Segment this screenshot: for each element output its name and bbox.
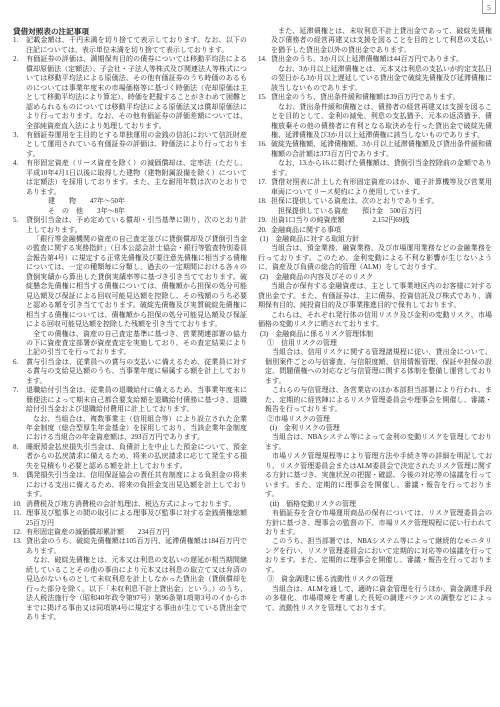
paragraph-text: 記載金額は、千円未満を切り捨てて表示しております。なお、以下の注記については、表… [26, 36, 247, 53]
note-paragraph: 19.出資1口当りの純資産額 2,152円69銭 [258, 216, 492, 225]
paragraph-text: なお、3か月以上延滞債権とは、元本又は利息の支払いが約定支払日の翌日から3か月以… [271, 65, 492, 92]
note-paragraph: 全ての債権は、資産の自己査定基準に基づき、営業関連部署の協力の下に資産査定部署が… [13, 330, 247, 358]
paragraph-text: 全ての債権は、資産の自己査定基準に基づき、営業関連部署の協力の下に資産査定部署が… [26, 330, 247, 357]
note-paragraph: 6.賞与引当金は、従業員への賞与の支払いに備えるため、従業員に対する賞与の支給見… [13, 358, 247, 386]
paragraph-text: 偶発損失引当金は、信用保証協会の責任共有制度による負担金の将来における支出に備え… [26, 471, 247, 498]
note-paragraph: 「銀行等金融機関の資産の自己査定並びに貸倒償却及び貸倒引当金の監査に関する実務指… [13, 235, 247, 330]
item-number: 13. [13, 537, 26, 546]
note-paragraph: 1.記載金額は、千円未満を切り捨てて表示しております。なお、以下の注記については… [13, 36, 247, 55]
item-number: 15. [258, 93, 271, 102]
paragraph-text: 退職給付引当金は、従業員の退職給付に備えるため、当事業年度末に簡便法によって期末… [26, 386, 247, 413]
item-number: 14. [258, 55, 271, 64]
paragraph-text: 「銀行等金融機関の資産の自己査定並びに貸倒償却及び貸倒引当金の監査に関する実務指… [26, 235, 247, 328]
paragraph-text: 金融商品に関する事項 [271, 226, 341, 234]
note-paragraph: 18.担保に提供している資産は、次のとおりであります。 [258, 197, 492, 206]
note-paragraph: 10.消費税及び地方消費税の会計処理は、税込方式によっております。 [13, 500, 247, 509]
paragraph-text: 消費税及び地方消費税の会計処理は、税込方式によっております。 [26, 500, 235, 508]
paragraph-text: 賞与引当金は、従業員への賞与の支払いに備えるため、従業員に対する賞与の支給見込額… [26, 358, 247, 385]
paragraph-text: なお、破綻先債権とは、元本又は利息の支払いの遅延が相当期間継続していることその他… [26, 556, 247, 621]
left-column: 貸借対照表の注記事項 1.記載金額は、千円未満を切り捨てて表示しております。なお… [13, 27, 247, 623]
paragraph-text: 当組合は、信用リスクに関する管理諸規程に従い、貸出金について、個別案件ごとの与信… [265, 348, 492, 384]
paragraph-text: 貸借対照表に計上した有形固定資産のほか、電子計算機等及び営業用車両についてリース… [271, 178, 492, 195]
note-paragraph: 15.貸出金のうち、貸出条件緩和債権額は39百万円であります。 [258, 93, 492, 102]
note-paragraph: 13.貸出金のうち、破綻先債権額は105百万円、延滞債権額は184百万円でありま… [13, 537, 247, 556]
item-number: 18. [258, 197, 271, 206]
note-paragraph: なお、3か月以上延滞債権とは、元本又は利息の支払いが約定支払日の翌日から3か月以… [258, 65, 492, 93]
paragraph-text: 有形固定資産の減価償却累計額 234百万円 [26, 528, 170, 536]
note-paragraph: 8.睡眠預金払戻損失引当金は、負債計上を中止した預金について、預金者からの払戻請… [13, 443, 247, 471]
paragraph-text: これらは、それぞれ発行体の信用リスク及び金利の変動リスク、市場価格の変動リスクに… [258, 311, 492, 328]
note-paragraph: 市場リスク管理規程等により管理方法や手続き等の詳細を明記しており、リスク管理委員… [258, 452, 492, 499]
paragraph-text: なお、貸出条件緩和債権とは、債務者の経営再建又は支援を図ることを目的として、金利… [271, 103, 492, 139]
note-paragraph: これらの与信管理は、各営業店のほか本部担当部署により行われ、また、定期的に経営陣… [258, 386, 492, 414]
item-number: 2. [13, 55, 26, 64]
paragraph-text: そ の 他 3年～8年 [48, 207, 125, 215]
note-paragraph: 20.金融商品に関する事項 [258, 226, 492, 235]
note-paragraph: なお、当組合は、複数事業主（信用組合等）により設立された企業年金制度（総合型厚生… [13, 415, 247, 443]
paragraph-text: ②市場リスクの管理 [267, 415, 330, 423]
note-paragraph: なお、13.から16.に掲げた債権額は、貸倒引当金控除前の金額であります。 [258, 159, 492, 178]
item-number: 8. [13, 443, 26, 452]
note-paragraph: 当組合は、預金業務、融資業務、及び市場運用業務などの金融業務を行っております。こ… [258, 244, 492, 272]
paragraph-text: このうち、担当部署では、NBAシステム等によって継続的なモニタリングを行い、リス… [265, 537, 492, 573]
note-paragraph: そ の 他 3年～8年 [13, 207, 247, 216]
note-paragraph: 有価証券を含む市場運用商品の保有については、リスク管理委員会の方針に基づき、理事… [258, 509, 492, 537]
note-paragraph: (3) 金融商品に係るリスク管理体制 [258, 330, 492, 339]
paragraph-text: 貸出金のうち、3か月以上延滞債権額は44百万円であります。 [271, 55, 463, 63]
item-number: 4. [13, 159, 26, 168]
paragraph-text: (1) 金融商品に対する取組方針 [260, 235, 359, 243]
paragraph-text: ③ 資金調達に係る流動性リスクの管理 [267, 575, 393, 583]
note-paragraph: ②市場リスクの管理 [258, 415, 492, 424]
note-paragraph: ① 信用リスクの管理 [258, 339, 492, 348]
note-paragraph: これらは、それぞれ発行体の信用リスク及び金利の変動リスク、市場価格の変動リスクに… [258, 311, 492, 330]
item-number: 11. [13, 509, 26, 518]
paragraph-text: 当組合は、NBAシステム等によって金利の変動リスクを管理しております。 [265, 433, 492, 450]
paragraph-text: 有形固定資産（リース資産を除く）の減価償却は、定率法（ただし、平成10年4月1日… [26, 159, 247, 195]
paragraph-text: 当組合は、預金業務、融資業務、及び市場運用業務などの金融業務を行っております。こ… [258, 244, 492, 271]
item-number: 19. [258, 216, 271, 225]
note-paragraph: 4.有形固定資産（リース資産を除く）の減価償却は、定率法（ただし、平成10年4月… [13, 159, 247, 197]
item-number: 3. [13, 131, 26, 140]
paragraph-text: 当組合は、ALMを通して、適時に資金管理を行うほか、資金調達手段の多様化、市場環… [265, 585, 492, 612]
item-number: 5. [13, 216, 26, 225]
paragraph-text: (ⅱ) 価格変動リスクの管理 [270, 500, 356, 508]
note-paragraph: 当組合は、NBAシステム等によって金利の変動リスクを管理しております。 [258, 433, 492, 452]
paragraph-text: 担保提供している資産 預け金 500百万円 [278, 207, 422, 215]
note-paragraph: 当組合が保有する金融資産は、主として事業地区内のお客様に対する貸出金です。また、… [258, 282, 492, 310]
note-paragraph: (1) 金融商品に対する取組方針 [258, 235, 492, 244]
item-number: 16. [258, 140, 271, 149]
paragraph-text: なお、当組合は、複数事業主（信用組合等）により設立された企業年金制度（総合型厚生… [26, 415, 247, 442]
note-paragraph: 14.貸出金のうち、3か月以上延滞債権額は44百万円であります。 [258, 55, 492, 64]
document-body: 貸借対照表の注記事項 1.記載金額は、千円未満を切り捨てて表示しております。なお… [13, 27, 492, 623]
note-paragraph: なお、貸出条件緩和債権とは、債務者の経営再建又は支援を図ることを目的として、金利… [258, 103, 492, 141]
paragraph-text: 当組合が保有する金融資産は、主として事業地区内のお客様に対する貸出金です。また、… [258, 282, 492, 309]
item-number: 7. [13, 386, 26, 395]
note-paragraph: また、延滞債権とは、未収利息不計上貸出金であって、破綻先債権及び債務者の経営再建… [258, 27, 492, 55]
paragraph-text: (3) 金融商品に係るリスク管理体制 [260, 330, 373, 338]
paragraph-text: 市場リスク管理規程等により管理方法や手続き等の詳細を明記しており、リスク管理委員… [265, 452, 492, 498]
item-number: 1. [13, 36, 26, 45]
paragraph-text: 貸出金のうち、貸出条件緩和債権額は39百万円であります。 [271, 93, 459, 101]
note-paragraph: 17.貸借対照表に計上した有形固定資産のほか、電子計算機等及び営業用車両について… [258, 178, 492, 197]
paragraph-text: また、延滞債権とは、未収利息不計上貸出金であって、破綻先債権及び債務者の経営再建… [271, 27, 492, 54]
page-number: 5 [487, 3, 491, 12]
paragraph-text: (2) 金融商品の内容及びそのリスク [260, 273, 373, 281]
note-paragraph: 7.退職給付引当金は、従業員の退職給付に備えるため、当事業年度末に簡便法によって… [13, 386, 247, 414]
paragraph-text: 睡眠預金払戻損失引当金は、負債計上を中止した預金について、預金者からの払戻請求に… [26, 443, 247, 470]
item-number: 20. [258, 226, 271, 235]
note-paragraph: (2) 金融商品の内容及びそのリスク [258, 273, 492, 282]
note-paragraph: 9.偶発損失引当金は、信用保証協会の責任共有制度による負担金の将来における支出に… [13, 471, 247, 499]
paragraph-text: 担保に提供している資産は、次のとおりであります。 [271, 197, 438, 205]
item-number: 10. [13, 500, 26, 509]
paragraph-text: 建 物 47年～50年 [48, 197, 125, 205]
item-number: 9. [13, 471, 26, 480]
paragraph-text: 有価証券運用を主目的とする単独運用の金銭の信託において信託財産として運用されてい… [26, 131, 247, 158]
item-number: 17. [258, 178, 271, 187]
paragraph-text: (ⅰ) 金利リスクの管理 [270, 424, 340, 432]
note-paragraph: ③ 資金調達に係る流動性リスクの管理 [258, 575, 492, 584]
note-paragraph: 2.有価証券の評価は、満期保有目的の債券については移動平均法による償却原価法（定… [13, 55, 247, 131]
note-paragraph: (ⅱ) 価格変動リスクの管理 [258, 500, 492, 509]
note-paragraph: 担保提供している資産 預け金 500百万円 [258, 207, 492, 216]
note-paragraph: 3.有価証券運用を主目的とする単独運用の金銭の信託において信託財産として運用され… [13, 131, 247, 159]
paragraph-text: なお、13.から16.に掲げた債権額は、貸倒引当金控除前の金額であります。 [271, 159, 492, 176]
note-paragraph: 11.理事及び監事との間の取引による理事及び監事に対する金銭債権総額 25百万円 [13, 509, 247, 528]
note-paragraph: 当組合は、信用リスクに関する管理諸規程に従い、貸出金について、個別案件ごとの与信… [258, 348, 492, 386]
item-number: 12. [13, 528, 26, 537]
note-paragraph: 16.破綻先債権額、延滞債権額、3か月以上延滞債権額及び貸出条件緩和債権額の合計… [258, 140, 492, 159]
paragraph-text: 出資1口当りの純資産額 2,152円69銭 [271, 216, 409, 224]
paragraph-text: 破綻先債権額、延滞債権額、3か月以上延滞債権額及び貸出条件緩和債権額の合計額は3… [271, 140, 492, 157]
note-paragraph: なお、破綻先債権とは、元本又は利息の支払いの遅延が相当期間継続していることその他… [13, 556, 247, 622]
right-column: また、延滞債権とは、未収利息不計上貸出金であって、破綻先債権及び債務者の経営再建… [258, 27, 492, 623]
item-number: 6. [13, 358, 26, 367]
paragraph-text: 有価証券の評価は、満期保有目的の債券については移動平均法による償却原価法（定額法… [26, 55, 247, 129]
note-paragraph: このうち、担当部署では、NBAシステム等によって継続的なモニタリングを行い、リス… [258, 537, 492, 575]
note-paragraph: 5.貸倒引当金は、予め定めている償却・引当基準に則り、次のとおり計上しております… [13, 216, 247, 235]
page-number-badge: 5 [482, 0, 496, 14]
paragraph-text: これらの与信管理は、各営業店のほか本部担当部署により行われ、また、定期的に経営陣… [265, 386, 492, 413]
paragraph-text: ① 信用リスクの管理 [267, 339, 337, 347]
paragraph-text: 貸出金のうち、破綻先債権額は105百万円、延滞債権額は184百万円であります。 [26, 537, 247, 554]
note-paragraph: 建 物 47年～50年 [13, 197, 247, 206]
paragraph-text: 有価証券を含む市場運用商品の保有については、リスク管理委員会の方針に基づき、理事… [265, 509, 492, 536]
paragraph-text: 理事及び監事との間の取引による理事及び監事に対する金銭債権総額 25百万円 [26, 509, 254, 526]
document-page: 5 貸借対照表の注記事項 1.記載金額は、千円未満を切り捨てて表示しております。… [0, 0, 500, 707]
paragraph-text: 貸倒引当金は、予め定めている償却・引当基準に則り、次のとおり計上しております。 [26, 216, 247, 233]
note-paragraph: 当組合は、ALMを通して、適時に資金管理を行うほか、資金調達手段の多様化、市場環… [258, 585, 492, 613]
